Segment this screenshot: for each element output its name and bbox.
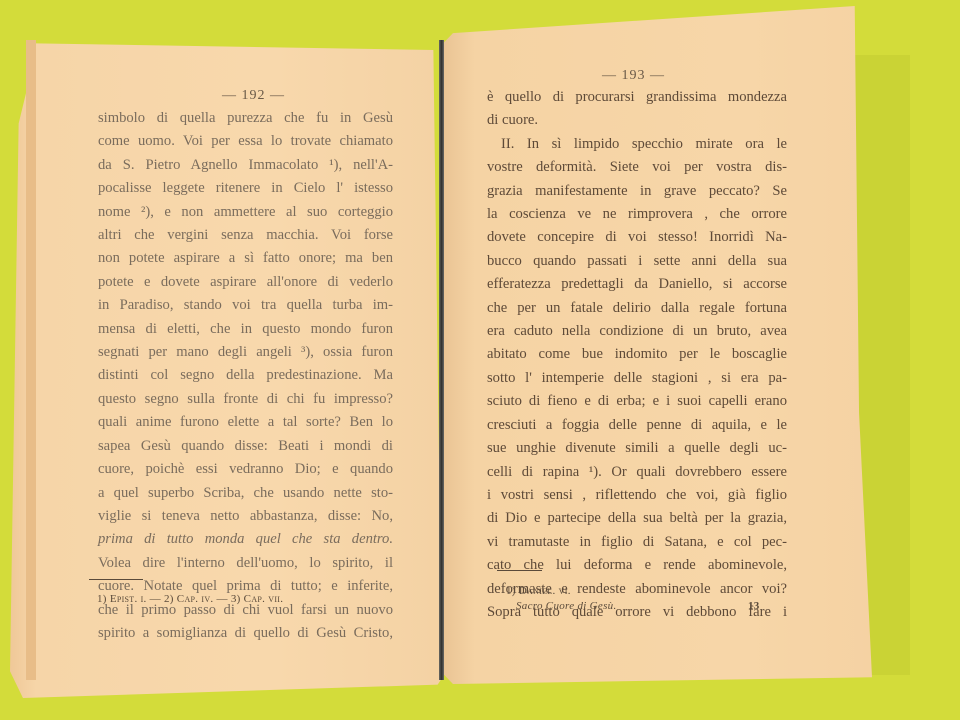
text-line: di Dio e partecipe della sua beltà per l… [487,507,787,530]
signature-title: Sacro Cuore di Gesù. [516,600,617,612]
text-line: sapea Gesù quando disse: Beati i mondi d… [98,435,393,458]
text-line: celli di rapina ¹). Or quali dovrebbero … [487,461,787,484]
text-line: simbolo di quella purezza che fu in Gesù [98,107,393,130]
left-page-number: — 192 — [222,88,285,104]
right-page-number: — 193 — [602,68,665,84]
text-line: di cuore. [487,109,787,132]
text-line: nome ²), e non ammettere al suo corteggi… [98,201,393,224]
text-line: cuore, poichè essi vedranno Dio; e quand… [98,458,393,481]
left-page-body: simbolo di quella purezza che fu in Gesù… [98,107,393,645]
text-line: grazia manifestamente in grave peccato? … [487,180,787,203]
left-page-edge [26,40,36,680]
text-line: è quello di procurarsi grandissima monde… [487,86,787,109]
text-line: quali anime furono elette a tal sorte? B… [98,411,393,434]
text-line: cresciuti a foggia delle penne di aquila… [487,414,787,437]
text-line: altri che vergini senza macchia. Voi for… [98,224,393,247]
left-footnote: 1) Epist. i. — 2) Cap. iv. — 3) Cap. vii… [97,593,283,605]
text-line: non potete aspirare a sì fatto onore; ma… [98,247,393,270]
text-line: a quel superbo Scriba, che usando nette … [98,482,393,505]
text-line: dovete concepire di voi stesso! Inorridì… [487,226,787,249]
text-line: potete e dovete aspirare all'onore di ve… [98,271,393,294]
text-line: vostre deformità. Siete voi per vostra d… [487,156,787,179]
text-line: da S. Pietro Agnello Immacolato ¹), nell… [98,154,393,177]
book-gutter [439,40,444,680]
text-line: sue unghie divenute simili a quelle degl… [487,437,787,460]
text-line: pocalisse leggete ritenere in Cielo l' i… [98,177,393,200]
text-line: i vostri sensi , riflettendo che voi, gi… [487,484,787,507]
text-line: in Paradiso, stando voi tra quella turba… [98,294,393,317]
text-line: sciuto di fieno e di erba; e i suoi cape… [487,390,787,413]
text-line: II. In sì limpido specchio mirate ora le [487,133,787,156]
text-line: bucco quando passati i sette anni della … [487,250,787,273]
right-page-body: è quello di procurarsi grandissima monde… [487,86,787,624]
text-line: mensa di eletti, che in questo mondo fur… [98,318,393,341]
text-line: cato che lui deforma e rende abominevole… [487,554,787,577]
text-line: prima di tutto monda quel che sta dentro… [98,528,393,551]
text-line: viglie si teneva netto abbastanza, disse… [98,505,393,528]
footnote-rule [89,579,143,580]
text-line: spirito a somiglianza di quello di Gesù … [98,622,393,645]
text-line: questo segno sulla fronte di chi fu impr… [98,388,393,411]
text-line: come uomo. Voi per essa lo trovate chiam… [98,130,393,153]
signature-number: 13 [748,600,760,612]
footnote-rule [497,570,542,571]
text-line: che per un fatale delirio dalla regale f… [487,297,787,320]
text-line: distinti col segno della predestinazione… [98,364,393,387]
text-line: era caduto nella condizione di un bruto,… [487,320,787,343]
text-line: la coscienza ve ne rimprovera , che orro… [487,203,787,226]
text-line: vi tramutaste in figlio di Satana, e col… [487,531,787,554]
text-line: abitato come bue indomito per le boscagl… [487,343,787,366]
text-line: Volea dire l'interno dell'uomo, lo spiri… [98,552,393,575]
right-footnote: 1) Daniel. vi. [506,585,571,597]
text-line: efferatezza predettagli da Daniello, si … [487,273,787,296]
text-line: segnati per mano degli angeli ³), ossia … [98,341,393,364]
text-line: sotto l' intemperie delle stagioni , si … [487,367,787,390]
